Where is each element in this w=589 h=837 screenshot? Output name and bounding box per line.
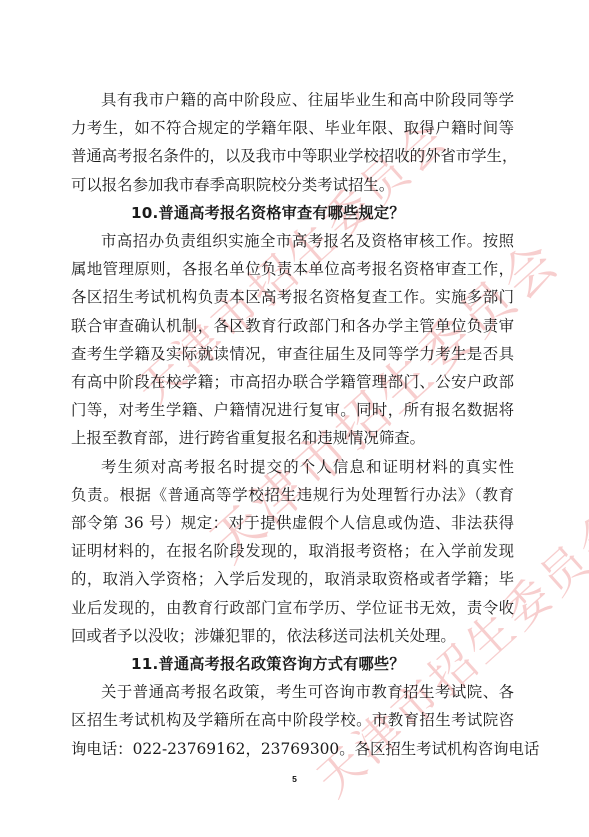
page-number: 5 [0, 774, 589, 784]
body-line: 有高中阶段在校学籍；市高招办联合学籍管理部门、公安户政部 [71, 368, 514, 396]
section-heading-11: 11.普通高考报名政策咨询方式有哪些？ [71, 650, 514, 678]
body-line: 市高招办负责组织实施全市高考报名及资格审核工作。按照 [71, 227, 514, 255]
body-line: 属地管理原则，各报名单位负责本单位高考报名资格审查工作， [71, 255, 514, 283]
body-line: 上报至教育部，进行跨省重复报名和违规情况筛查。 [71, 424, 514, 452]
body-line: 业后发现的，由教育行政部门宣布学历、学位证书无效，责令收 [71, 594, 514, 622]
body-line: 证明材料的，在报名阶段发现的，取消报考资格；在入学前发现 [71, 537, 514, 565]
document-body: 具有我市户籍的高中阶段应、往届毕业生和高中阶段同等学 力考生，如不符合规定的学籍… [71, 86, 514, 763]
body-line: 负责。根据《普通高等学校招生违规行为处理暂行办法》（教育 [71, 481, 514, 509]
body-line: 普通高考报名条件的，以及我市中等职业学校招收的外省市学生， [71, 142, 514, 170]
body-line: 的，取消入学资格；入学后发现的，取消录取资格或者学籍；毕 [71, 565, 514, 593]
body-line: 具有我市户籍的高中阶段应、往届毕业生和高中阶段同等学 [71, 86, 514, 114]
body-line: 各区招生考试机构负责本区高考报名资格复查工作。实施多部门 [71, 283, 514, 311]
body-line: 查考生学籍及实际就读情况，审查往届生及同等学力考生是否具 [71, 340, 514, 368]
body-line: 门等，对考生学籍、户籍情况进行复审。同时，所有报名数据将 [71, 396, 514, 424]
body-line: 询电话：022-23769162，23769300。各区招生考试机构咨询电话 [71, 735, 514, 763]
body-line: 可以报名参加我市春季高职院校分类考试招生。 [71, 171, 514, 199]
body-line: 考生须对高考报名时提交的个人信息和证明材料的真实性 [71, 453, 514, 481]
document-page: 天津市招生委员会 天津市招生委员会 天津市招生委员会 具有我市户籍的高中阶段应、… [0, 0, 589, 837]
body-line: 部令第 36 号）规定：对于提供虚假个人信息或伪造、非法获得 [71, 509, 514, 537]
body-line: 关于普通高考报名政策，考生可咨询市教育招生考试院、各 [71, 678, 514, 706]
body-line: 区招生考试机构及学籍所在高中阶段学校。市教育招生考试院咨 [71, 706, 514, 734]
body-line: 力考生，如不符合规定的学籍年限、毕业年限、取得户籍时间等 [71, 114, 514, 142]
body-line: 联合审查确认机制，各区教育行政部门和各办学主管单位负责审 [71, 312, 514, 340]
section-heading-10: 10.普通高考报名资格审查有哪些规定？ [71, 199, 514, 227]
body-line: 回或者予以没收；涉嫌犯罪的，依法移送司法机关处理。 [71, 622, 514, 650]
